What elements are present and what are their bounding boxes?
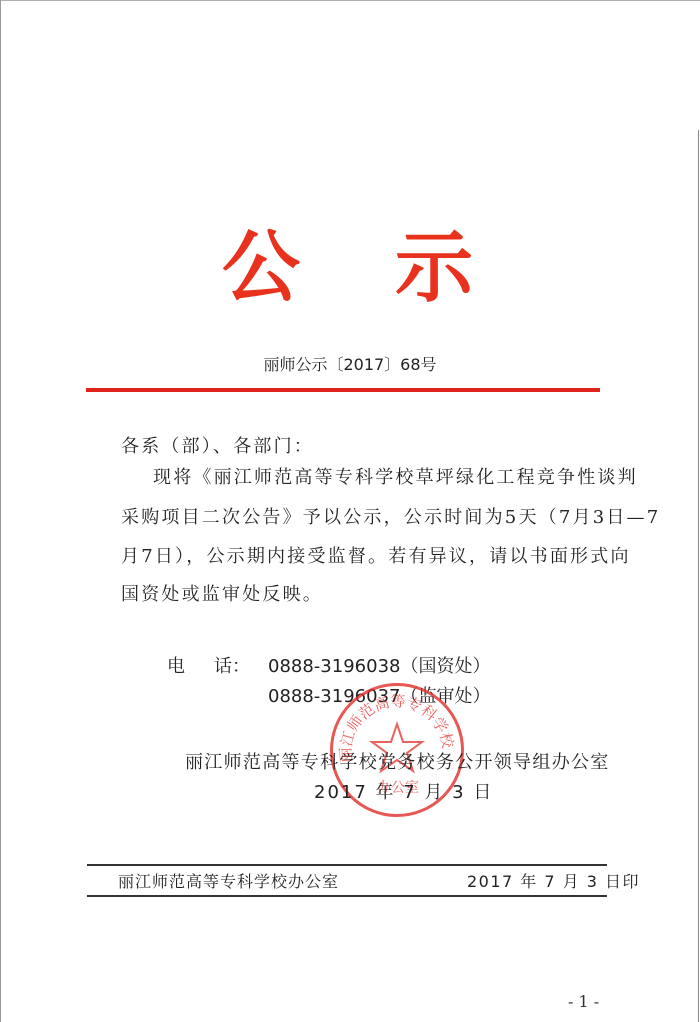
document-number: 丽师公示〔2017〕68号 (0, 352, 700, 375)
footer-rule-bottom (87, 895, 607, 897)
red-divider (86, 388, 600, 392)
page-edge-top (0, 0, 700, 1)
phone-label-char-1: 电 (167, 652, 185, 678)
page-number: - 1 - (568, 992, 599, 1011)
phone-number-assets-office: 0888-3196038（国资处） (268, 652, 490, 678)
title-char-2: 示 (395, 205, 473, 317)
body-line-2: 采购项目二次公告》予以公示，公示时间为5天（7月3日—7 (121, 503, 660, 529)
footer-printed-date: 2017 年 7 月 3 日印 (467, 869, 640, 892)
body-line-1: 现将《丽江师范高等专科学校草坪绿化工程竞争性谈判 (153, 463, 638, 489)
phone-label-char-2: 话： (214, 652, 250, 678)
body-line-3: 月7日），公示期内接受监督。若有异议，请以书面形式向 (121, 542, 631, 568)
page-edge-left (0, 0, 1, 1022)
signing-date: 2017 年 7 月 3 日 (314, 778, 493, 804)
signing-organization: 丽江师范高等专科学校党务校务公开领导组办公室 (185, 748, 610, 774)
title-char-1: 公 (222, 205, 300, 317)
page-edge-right (698, 130, 699, 1022)
footer-issuer: 丽江师范高等专科学校办公室 (118, 869, 339, 892)
footer-rule-top (87, 864, 607, 866)
salutation: 各系（部）、各部门： (121, 432, 314, 458)
body-line-4: 国资处或监审处反映。 (121, 580, 323, 606)
